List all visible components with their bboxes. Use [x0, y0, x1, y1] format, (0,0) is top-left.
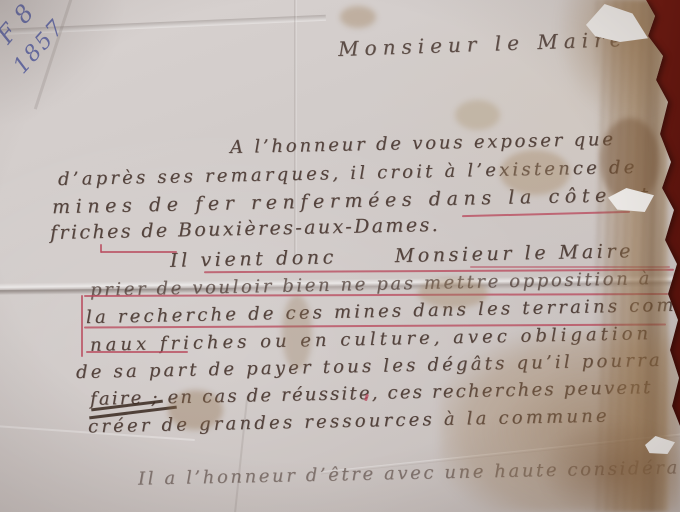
letter-line: friches de Bouxières-aux-Dames.: [50, 214, 440, 244]
red-underline-line-1b: [470, 266, 670, 268]
torn-paper-flake: [645, 436, 675, 454]
paper-wrapper: F 8 1857 Monsieur le Maire A l’honneur d…: [0, 0, 680, 512]
red-underline-friches: [101, 251, 177, 253]
stain-blob: [500, 150, 570, 195]
red-underline-naux: [86, 351, 188, 353]
letter-line: créer de grandes ressources à la commune: [88, 406, 610, 438]
closing-line: Il a l’honneur d’être avec une haute con…: [138, 457, 680, 489]
red-underline-friches-hook: [100, 244, 102, 253]
stain-blob: [168, 390, 223, 430]
stain-blob: [418, 278, 488, 308]
stain-blob: [455, 100, 500, 130]
red-underline-la-cote: [462, 211, 630, 217]
letter-paper: F 8 1857 Monsieur le Maire A l’honneur d…: [0, 0, 680, 512]
photograph-of-letter: F 8 1857 Monsieur le Maire A l’honneur d…: [0, 0, 680, 512]
letter-line: A l’honneur de vous exposer que: [230, 129, 616, 158]
stain-blob: [340, 6, 376, 28]
stain-drip: [282, 295, 312, 370]
red-margin-bracket: [81, 295, 83, 357]
salutation-line: Monsieur le Maire: [338, 27, 628, 61]
